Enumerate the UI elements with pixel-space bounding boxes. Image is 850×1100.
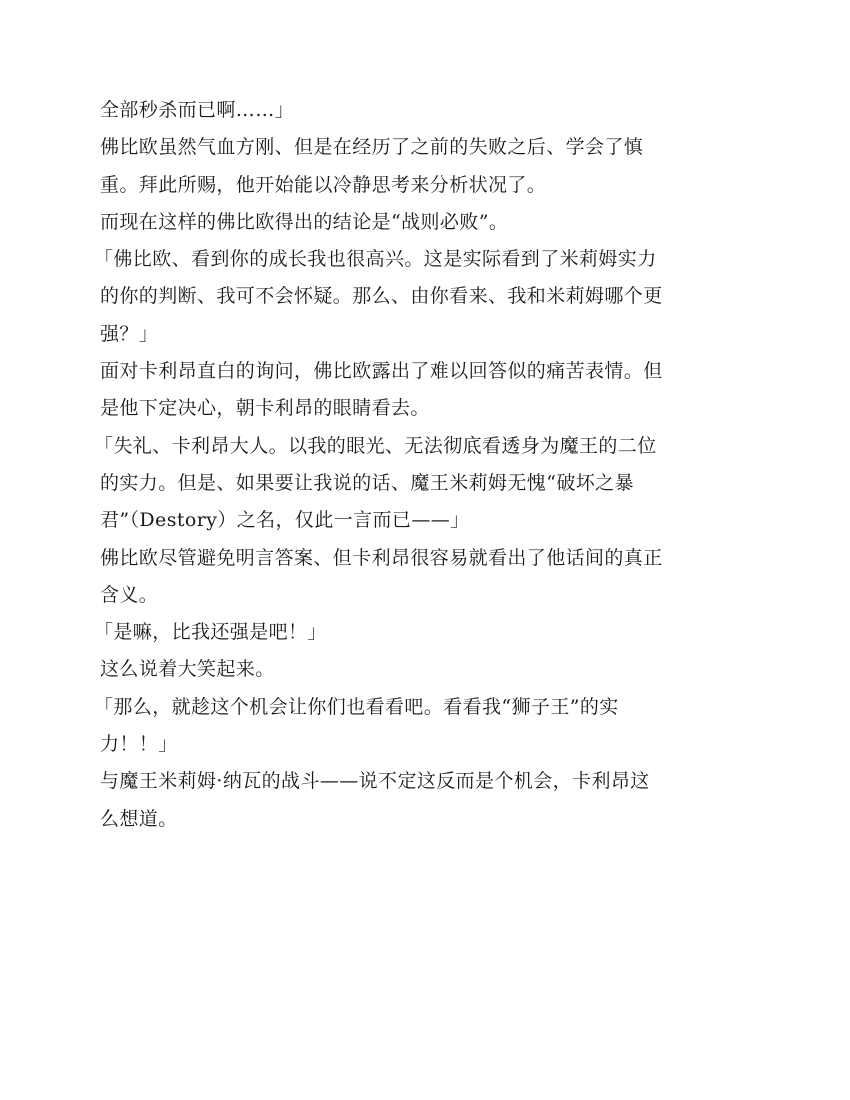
- text-line: 含义。: [100, 577, 720, 614]
- text-line: 佛比欧虽然气血方刚、但是在经历了之前的失败之后、学会了慎: [100, 129, 720, 166]
- dialogue-line: 「失礼、卡利昂大人。以我的眼光、无法彻底看透身为魔王的二位: [94, 428, 720, 465]
- text-line: 的你的判断、我可不会怀疑。那么、由你看来、我和米莉姆哪个更: [100, 278, 720, 315]
- text-line: 的实力。但是、如果要让我说的话、魔王米莉姆无愧“破坏之暴: [100, 465, 720, 502]
- text-line: 么想道。: [100, 801, 720, 838]
- text-line: 面对卡利昂直白的询问，佛比欧露出了难以回答似的痛苦表情。但: [100, 353, 720, 390]
- text-line: 这么说着大笑起来。: [100, 651, 720, 688]
- text-line: 佛比欧尽管避免明言答案、但卡利昂很容易就看出了他话间的真正: [100, 540, 720, 577]
- text-line: 君”（Destory）之名，仅此一言而已——」: [100, 502, 720, 539]
- text-line: 全部秒杀而已啊……」: [100, 92, 720, 129]
- document-page: 全部秒杀而已啊……」 佛比欧虽然气血方刚、但是在经历了之前的失败之后、学会了慎 …: [100, 92, 720, 838]
- dialogue-line: 「佛比欧、看到你的成长我也很高兴。这是实际看到了米莉姆实力: [94, 241, 720, 278]
- text-line: 是他下定决心，朝卡利昂的眼睛看去。: [100, 390, 720, 427]
- text-line: 与魔王米莉姆·纳瓦的战斗——说不定这反而是个机会，卡利昂这: [100, 763, 720, 800]
- text-line: 力！！」: [100, 726, 720, 763]
- dialogue-line: 「是嘛，比我还强是吧！」: [94, 614, 720, 651]
- text-line: 强？」: [100, 316, 720, 353]
- text-line: 重。拜此所赐，他开始能以冷静思考来分析状况了。: [100, 167, 720, 204]
- dialogue-line: 「那么，就趁这个机会让你们也看看吧。看看我“狮子王”的实: [94, 689, 720, 726]
- text-line: 而现在这样的佛比欧得出的结论是“战则必败”。: [100, 204, 720, 241]
